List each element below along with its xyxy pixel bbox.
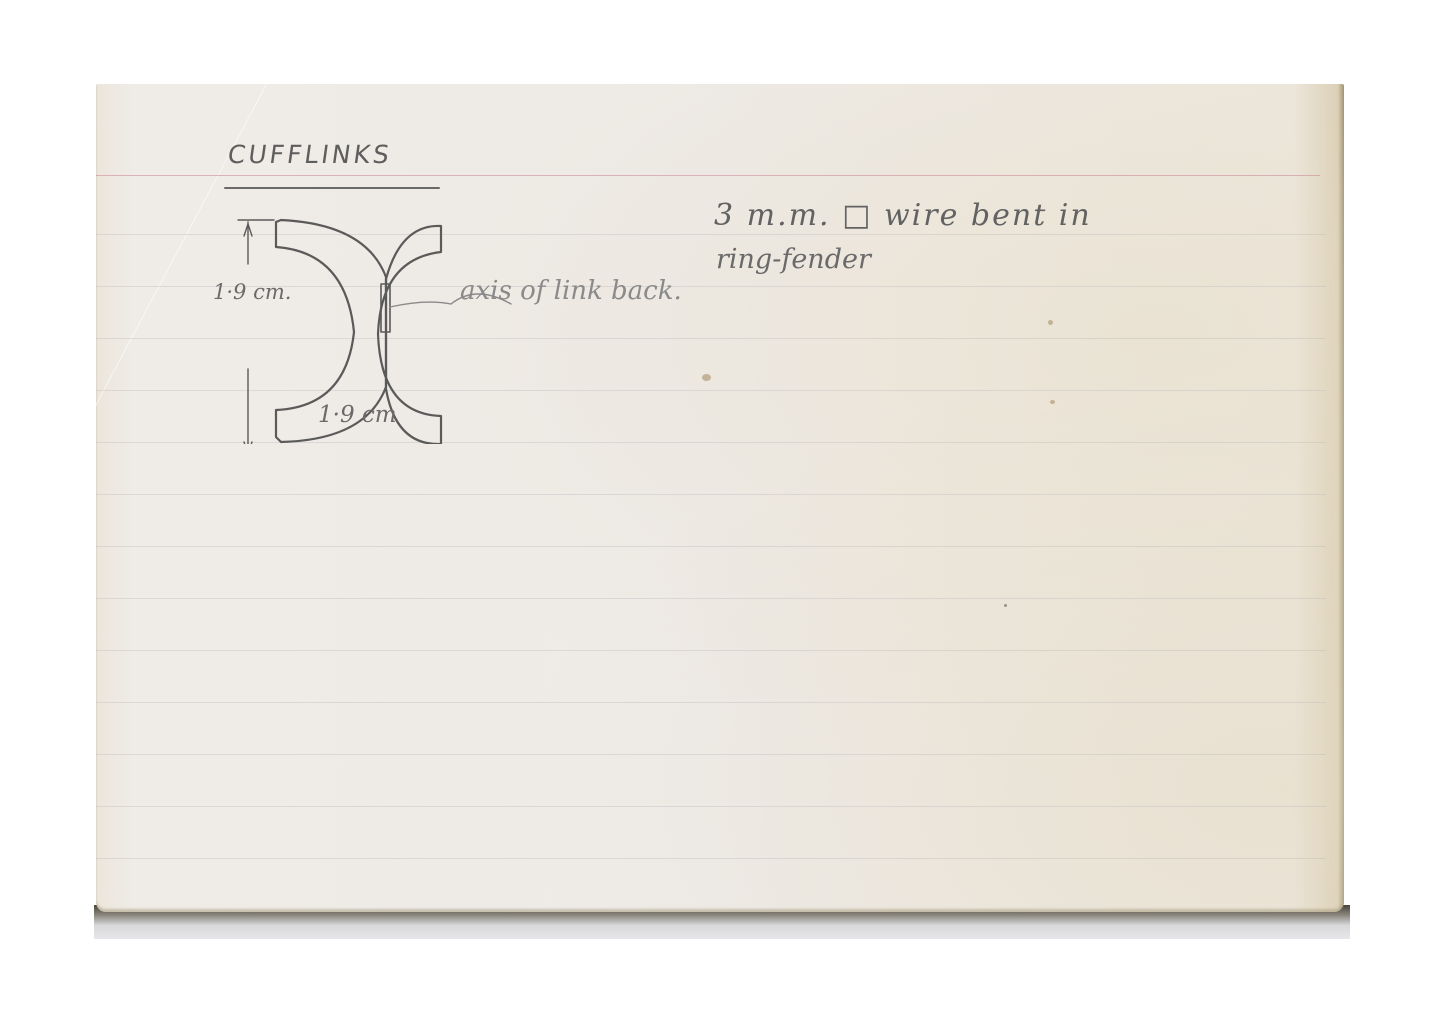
note-line-2: ring-fender — [716, 244, 871, 275]
stain-spot — [1048, 320, 1053, 325]
card-title: CUFFLINKS — [226, 140, 394, 169]
ruled-line — [96, 494, 1326, 495]
stain-spot — [1050, 400, 1055, 404]
ruled-line — [96, 598, 1326, 599]
height-dimension-label: 1·9 cm. — [213, 280, 291, 304]
ruled-line — [96, 702, 1326, 703]
width-dimension-label: 1·9 cm — [318, 402, 397, 428]
scan-page: CUFFLINKS 3 m.m. □ wire bent in ring-fen… — [0, 0, 1445, 1023]
ruled-line — [96, 546, 1326, 547]
note-line-1: 3 m.m. □ wire bent in — [714, 198, 1092, 233]
ruled-line — [96, 858, 1326, 859]
ruled-line — [96, 650, 1326, 651]
ruled-line — [96, 754, 1326, 755]
stain-spot — [1004, 604, 1007, 607]
index-card: CUFFLINKS 3 m.m. □ wire bent in ring-fen… — [96, 84, 1344, 912]
axis-label: axis of link back. — [460, 276, 682, 306]
title-underline — [224, 187, 440, 189]
header-rule — [96, 175, 1320, 176]
ruled-line — [96, 806, 1326, 807]
stain-spot — [702, 374, 711, 381]
